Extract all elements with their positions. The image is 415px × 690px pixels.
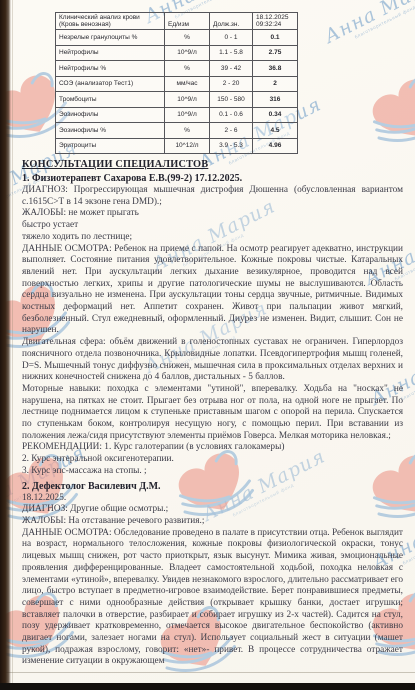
physio-complaints: ЖАЛОБЫ: не может прыгать <box>22 208 403 220</box>
test-value: 316 <box>253 92 298 108</box>
page-bottom-edge <box>0 672 415 673</box>
physio-recommendation: 3. Курс эпс-массажа на стопы. ; <box>22 466 403 478</box>
consultations-section: КОНСУЛЬТАЦИИ СПЕЦИАЛИСТОВ 1. Физиотерапе… <box>22 159 403 668</box>
test-unit: 10^9/л <box>165 92 210 108</box>
defectologist-heading: 2. Дефектолог Василевич Д.М. <box>22 481 403 492</box>
test-value: 2 <box>253 76 298 92</box>
physio-recommendation: 2. Курс энтеральной оксигенотерапии. <box>22 454 403 466</box>
table-row: Нейтрофилы 10^9/л 1.1 - 5.8 2.75 <box>56 45 298 61</box>
test-range: 3.9 - 5.3 <box>210 138 253 154</box>
test-name: Эозинофилы <box>56 107 165 123</box>
test-unit: % <box>165 30 210 46</box>
test-value: 36.8 <box>253 61 298 77</box>
table-row: СОЭ (анализатор Тест1) мм/час 2 - 20 2 <box>56 76 298 92</box>
table-edge-bar <box>0 683 415 690</box>
test-unit: % <box>165 123 210 139</box>
defectolog-diagnosis: ДИАГНОЗ: Другие общие осмотры.; <box>22 504 403 516</box>
test-range: 0 - 1 <box>210 30 253 46</box>
test-range: 2 - 6 <box>210 123 253 139</box>
table-row: Эозинофилы % % 2 - 6 4.5 <box>56 123 298 139</box>
table-row: Эозинофилы 10^9/л 0.1 - 0.6 0.34 <box>56 107 298 123</box>
physio-motor-skills: Моторные навыки: походка с элементами "у… <box>22 384 403 443</box>
physio-diagnosis: ДИАГНОЗ: Прогрессирующая мышечная дистро… <box>22 185 403 208</box>
blood-test-table: Клинический анализ крови (Кровь венозная… <box>55 12 298 154</box>
test-name: Нейтрофилы % <box>56 61 165 77</box>
test-range: 1.1 - 5.8 <box>210 45 253 61</box>
test-unit: 10^9/л <box>165 107 210 123</box>
test-name: СОЭ (анализатор Тест1) <box>56 76 165 92</box>
table-header-test-name: Клинический анализ крови (Кровь венозная… <box>56 13 165 30</box>
defectolog-complaints: ЖАЛОБЫ: На отставание речевого развития.… <box>22 516 403 528</box>
physio-complaints-line: тяжело ходить по лестнице; <box>22 232 403 244</box>
table-row: Эритроциты 10^12/л 3.9 - 5.3 4.96 <box>56 138 298 154</box>
table-header-reference: Долж.зн. <box>210 13 253 30</box>
table-header-row: Клинический анализ крови (Кровь венозная… <box>56 13 298 30</box>
test-range: 150 - 580 <box>210 92 253 108</box>
watermark-subtitle: благотворительный фонд <box>0 0 87 6</box>
table-header-unit: Ед/изм <box>165 13 210 30</box>
test-range: 0.1 - 0.6 <box>210 107 253 123</box>
test-unit: % <box>165 61 210 77</box>
test-value: 0.1 <box>253 30 298 46</box>
page-edge-line <box>12 0 13 690</box>
test-unit: 10^12/л <box>165 138 210 154</box>
physio-complaints-line: быстро устает <box>22 220 403 232</box>
table-row: Нейтрофилы % % 39 - 42 36.8 <box>56 61 298 77</box>
defectolog-examination: ДАННЫЕ ОСМОТРА: Обследование проведено в… <box>22 528 403 668</box>
table-row: Незрелые гранулоциты % % 0 - 1 0.1 <box>56 30 298 46</box>
document-page: Анна Мария благотворительный фонд Анна М… <box>0 0 415 690</box>
physio-examination: ДАННЫЕ ОСМОТРА: Ребенок на приеме с папо… <box>22 244 403 338</box>
test-name: Эозинофилы % <box>56 123 165 139</box>
document-content: Клинический анализ крови (Кровь венозная… <box>22 12 403 668</box>
test-name: Тромбоциты <box>56 92 165 108</box>
book-spine-shadow <box>0 0 11 690</box>
test-unit: мм/час <box>165 76 210 92</box>
test-name: Эритроциты <box>56 138 165 154</box>
test-value: 0.34 <box>253 107 298 123</box>
table-header-datetime: 18.12.2025 09:32:24 <box>253 13 298 30</box>
defectolog-date: 18.12.2025. <box>22 493 403 505</box>
physio-recommendation: РЕКОМЕНДАЦИИ: 1. Курс галотерапии (в усл… <box>22 442 403 454</box>
physio-motor-sphere: Двигательная сфера: объём движений в гол… <box>22 337 403 384</box>
test-range: 39 - 42 <box>210 61 253 77</box>
table-row: Тромбоциты 10^9/л 150 - 580 316 <box>56 92 298 108</box>
consultations-heading: КОНСУЛЬТАЦИИ СПЕЦИАЛИСТОВ <box>22 159 403 170</box>
test-name: Нейтрофилы <box>56 45 165 61</box>
test-name: Незрелые гранулоциты % <box>56 30 165 46</box>
test-value: 4.5 <box>253 123 298 139</box>
test-value: 4.96 <box>253 138 298 154</box>
test-unit: 10^9/л <box>165 45 210 61</box>
test-range: 2 - 20 <box>210 76 253 92</box>
test-value: 2.75 <box>253 45 298 61</box>
physiotherapist-heading: 1. Физиотерапевт Сахарова Е.В.(99-2) 17.… <box>22 173 403 184</box>
